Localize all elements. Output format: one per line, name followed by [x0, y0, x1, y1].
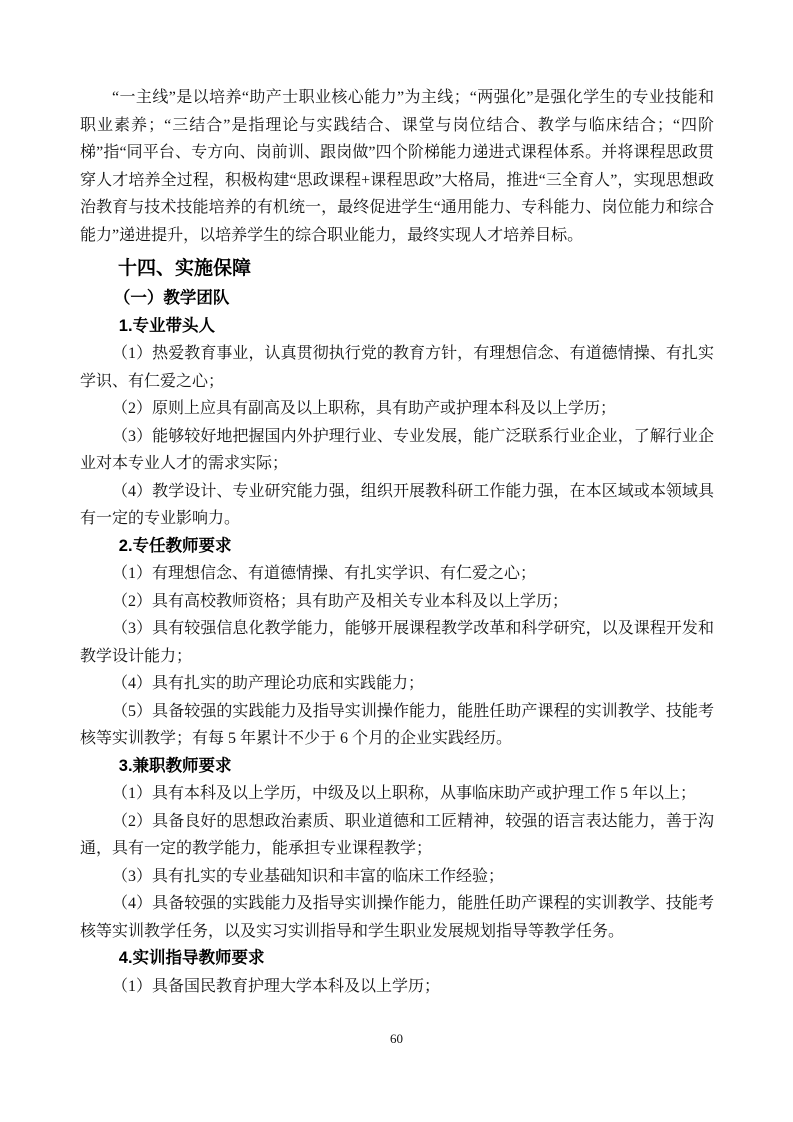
list-item: （2）原则上应具有副高及以上职称，具有助产或护理本科及以上学历； — [80, 395, 714, 423]
document-page: “一主线”是以培养“助产士职业核心能力”为主线；“两强化”是强化学生的专业技能和… — [0, 0, 793, 1122]
list-item: （1）具有本科及以上学历，中级及以上职称，从事临床助产或护理工作 5 年以上； — [80, 780, 714, 808]
list-item: （2）具备良好的思想政治素质、职业道德和工匠精神，较强的语言表达能力，善于沟通，… — [80, 808, 714, 863]
intro-paragraph: “一主线”是以培养“助产士职业核心能力”为主线；“两强化”是强化学生的专业技能和… — [80, 84, 714, 249]
group-heading-professional-leader: 1.专业带头人 — [80, 313, 714, 341]
section-heading: 十四、实施保障 — [80, 249, 714, 285]
list-item: （1）热爱教育事业，认真贯彻执行党的教育方针，有理想信念、有道德情操、有扎实学识… — [80, 340, 714, 395]
list-item: （4）具备较强的实践能力及指导实训操作能力，能胜任助产课程的实训教学、技能考核等… — [80, 890, 714, 945]
group-heading-parttime-teachers: 3.兼职教师要求 — [80, 753, 714, 781]
list-item: （1）有理想信念、有道德情操、有扎实学识、有仁爱之心； — [80, 560, 714, 588]
list-item: （4）具有扎实的助产理论功底和实践能力； — [80, 670, 714, 698]
list-item: （3）具有较强信息化教学能力，能够开展课程教学改革和科学研究，以及课程开发和教学… — [80, 615, 714, 670]
group-heading-fulltime-teachers: 2.专任教师要求 — [80, 533, 714, 561]
list-item: （4）教学设计、专业研究能力强，组织开展教科研工作能力强，在本区域或本领域具有一… — [80, 478, 714, 533]
group-heading-training-instructors: 4.实训指导教师要求 — [80, 945, 714, 973]
list-item: （2）具有高校教师资格；具有助产及相关专业本科及以上学历； — [80, 588, 714, 616]
subsection-heading: （一）教学团队 — [80, 285, 714, 313]
list-item: （1）具备国民教育护理大学本科及以上学历； — [80, 973, 714, 1001]
document-content: “一主线”是以培养“助产士职业核心能力”为主线；“两强化”是强化学生的专业技能和… — [80, 84, 714, 1000]
list-item: （5）具备较强的实践能力及指导实训操作能力，能胜任助产课程的实训教学、技能考核等… — [80, 698, 714, 753]
list-item: （3）能够较好地把握国内外护理行业、专业发展，能广泛联系行业企业，了解行业企业对… — [80, 423, 714, 478]
page-number: 60 — [0, 1030, 793, 1048]
list-item: （3）具有扎实的专业基础知识和丰富的临床工作经验； — [80, 863, 714, 891]
